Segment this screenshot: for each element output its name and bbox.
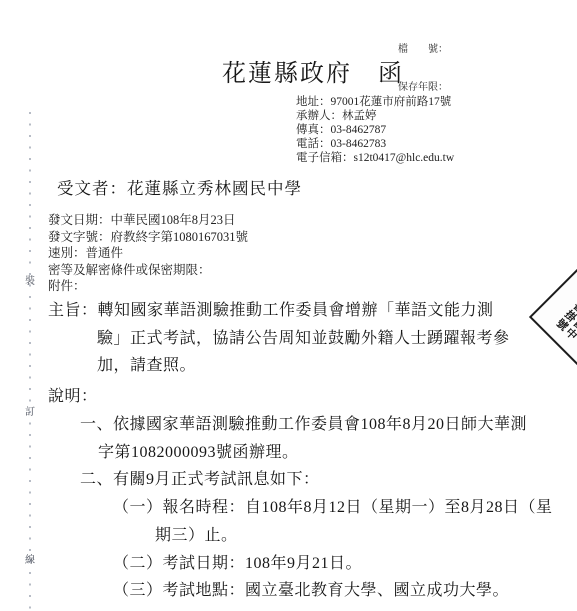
sender-contact-person: 承辦人：林孟婷	[296, 109, 454, 123]
subject-block: 主旨：轉知國家華語測驗推動工作委員會增辦「華語文能力測 驗」正式考試，協請公告周…	[48, 297, 510, 380]
receiving-stamp: 秀林國中文書掛號	[529, 269, 577, 365]
file-number-label: 檔 號：	[398, 44, 448, 57]
official-letter-page: 裝 訂 線 檔 號： 保存年限： 花蓮縣政府 函 地址：97001花蓮市府前路1…	[0, 0, 577, 611]
recipient-line: 受文者：花蓮縣立秀林國民中學	[57, 179, 302, 199]
sender-email: 電子信箱：s12t0417@hlc.edu.tw	[296, 151, 454, 165]
description-line: （二）考試日期：108年9月21日。	[113, 550, 577, 578]
description-line: （三）考試地點：國立臺北教育大學、國立成功大學。	[113, 577, 577, 605]
issue-date-line: 發文日期：中華民國108年8月23日	[48, 212, 248, 229]
sender-address: 地址：97001花蓮市府前路17號	[296, 95, 454, 109]
description-block: 一、依據國家華語測驗推動工作委員會108年8月20日師大華測 字第1082000…	[0, 411, 577, 605]
speed-line: 速別：普通件	[48, 245, 248, 262]
security-line: 密等及解密條件或保密期限：	[48, 262, 248, 279]
description-line: 一、依據國家華語測驗推動工作委員會108年8月20日師大華測	[80, 411, 577, 439]
doc-number-line: 發文字號：府教終字第1080167031號	[48, 229, 248, 246]
retention-period-label: 保存年限：	[398, 82, 448, 95]
subject-line: 驗」正式考試，協請公告周知並鼓勵外籍人士踴躍報考參	[97, 325, 510, 353]
sender-phone: 電話：03-8462783	[296, 137, 454, 151]
description-heading: 說明：	[48, 387, 98, 407]
sender-info-block: 地址：97001花蓮市府前路17號 承辦人：林孟婷 傳真：03-8462787 …	[296, 95, 454, 165]
description-line: 期三）止。	[155, 522, 577, 550]
document-meta-block: 發文日期：中華民國108年8月23日 發文字號：府教終字第1080167031號…	[48, 212, 248, 295]
description-line: 二、有關9月正式考試訊息如下：	[80, 466, 577, 494]
subject-line: 主旨：轉知國家華語測驗推動工作委員會增辦「華語文能力測	[48, 297, 510, 325]
binding-mark-zhuang: 裝	[24, 277, 36, 287]
description-line: 字第1082000093號函辦理。	[98, 439, 577, 467]
description-line: （一）報名時程：自108年8月12日（星期一）至8月28日（星	[113, 494, 577, 522]
subject-line: 加，請查照。	[97, 352, 510, 380]
document-title: 花蓮縣政府 函	[222, 61, 404, 87]
sender-fax: 傳真：03-8462787	[296, 123, 454, 137]
attachment-line: 附件：	[48, 278, 248, 295]
receiving-stamp-text: 秀林國中文書掛號	[549, 289, 577, 344]
